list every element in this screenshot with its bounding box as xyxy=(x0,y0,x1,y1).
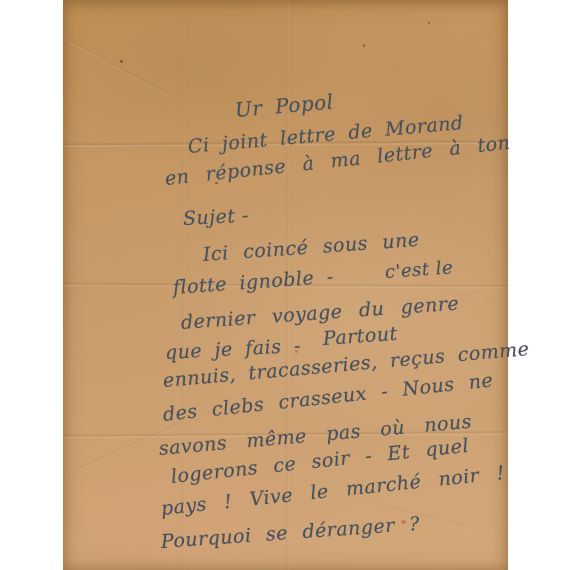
handwritten-line: dernier voyage du genre xyxy=(180,293,460,334)
handwritten-line: Ici coincé sous une xyxy=(202,229,420,266)
letter-paper: Ur Popol Ci joint lettre de Morand en ré… xyxy=(63,0,508,570)
handwritten-line: Partout xyxy=(322,323,398,350)
paper-spot xyxy=(428,22,430,24)
paper-spot xyxy=(363,44,365,47)
salutation-line: Ur Popol xyxy=(234,89,334,122)
handwritten-line: flotte ignoble - xyxy=(172,266,334,299)
handwritten-line: c'est le xyxy=(384,257,454,283)
wrinkle xyxy=(68,40,167,94)
handwritten-line: Sujet - xyxy=(182,205,249,230)
handwritten-line: Pourquoi se déranger ? xyxy=(160,513,420,553)
wrinkle xyxy=(393,42,480,73)
letter-scan: Ur Popol Ci joint lettre de Morand en ré… xyxy=(0,0,570,570)
paper-spot xyxy=(120,60,123,63)
